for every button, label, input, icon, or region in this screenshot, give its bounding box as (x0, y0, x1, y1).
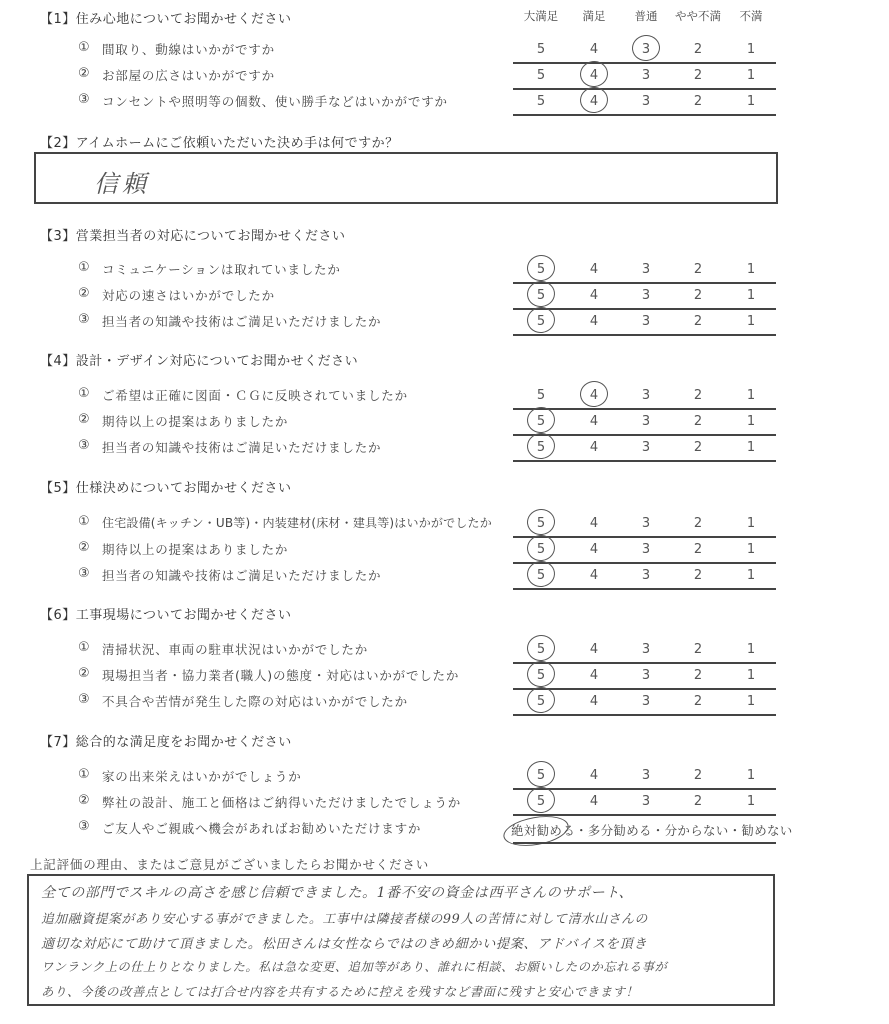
rating-option-4[interactable]: 4 (584, 42, 604, 57)
rating-option-1[interactable]: 1 (741, 414, 761, 429)
rating-option-2[interactable]: 2 (688, 42, 708, 57)
question-text: ご友人やご親戚へ機会があればお勧めいただけますか (102, 819, 421, 837)
rating-option-3[interactable]: 3 (636, 516, 656, 531)
question-text: 担当者の知識や技術はご満足いただけましたか (102, 312, 381, 330)
question-number: ① (78, 40, 90, 55)
rating-option-3[interactable]: 3 (636, 262, 656, 277)
rating-option-5[interactable]: 5 (531, 42, 551, 57)
question-text: コンセントや照明等の個数、使い勝手などはいかがですか (102, 92, 448, 110)
question-text: 対応の速さはいかがでしたか (102, 286, 275, 304)
rating-option-1[interactable]: 1 (741, 642, 761, 657)
rating-option-4[interactable]: 4 (584, 642, 604, 657)
rating-row-4-3[interactable]: 5 4 3 2 1 (513, 436, 776, 462)
rating-option-1[interactable]: 1 (741, 288, 761, 303)
rating-option-5[interactable]: 5 (531, 314, 551, 329)
question-number: ③ (78, 819, 90, 834)
rating-row-6-1[interactable]: 5 4 3 2 1 (513, 638, 776, 664)
rating-option-3[interactable]: 3 (636, 440, 656, 455)
section-title-5: 【5】仕様決めについてお聞かせください (40, 477, 292, 496)
comment-line: 適切な対応にて助けて頂きました。松田さんは女性ならではのきめ細かい提案、アドバイ… (41, 933, 647, 952)
row-underline (513, 460, 776, 462)
question-number: ② (78, 540, 90, 555)
recommend-options-row[interactable]: 絶対勧める・多分勧める・分からない・勧めない (513, 818, 776, 844)
rating-option-2[interactable]: 2 (688, 694, 708, 709)
rating-row-5-2[interactable]: 5 4 3 2 1 (513, 538, 776, 564)
rating-option-2[interactable]: 2 (688, 440, 708, 455)
comment-line: 全ての部門でスキルの高さを感じ信頼できました。1番不安の資金は西平さんのサポート… (41, 882, 633, 902)
rating-option-2[interactable]: 2 (688, 768, 708, 783)
rating-option-3[interactable]: 3 (636, 94, 656, 109)
rating-option-2[interactable]: 2 (688, 314, 708, 329)
question-number: ② (78, 286, 90, 301)
rating-option-3[interactable]: 3 (636, 642, 656, 657)
comment-answer-box[interactable]: 全ての部門でスキルの高さを感じ信頼できました。1番不安の資金は西平さんのサポート… (27, 874, 775, 1006)
question-text: ご希望は正確に図面・ＣＧに反映されていましたか (102, 386, 408, 404)
rating-row-6-3[interactable]: 5 4 3 2 1 (513, 690, 776, 716)
rating-option-1[interactable]: 1 (741, 314, 761, 329)
question-number: ① (78, 386, 90, 401)
rating-row-3-1[interactable]: 5 4 3 2 1 (513, 258, 776, 284)
rating-row-1-1[interactable]: 5 4 3 2 1 (513, 38, 776, 64)
rating-row-3-3[interactable]: 5 4 3 2 1 (513, 310, 776, 336)
question-number: ① (78, 260, 90, 275)
rating-option-4[interactable]: 4 (584, 542, 604, 557)
question-number: ③ (78, 312, 90, 327)
section-title-1: 【1】住み心地についてお聞かせください (40, 8, 292, 27)
comment-line: あり、今後の改善点としては打合せ内容を共有するために控えを残すなど書面に残すと安… (41, 982, 639, 1000)
rating-option-1[interactable]: 1 (741, 42, 761, 57)
scale-label-satisfied: 満足 (564, 8, 624, 24)
question-text: 間取り、動線はいかがですか (102, 40, 275, 58)
rating-option-1[interactable]: 1 (741, 668, 761, 683)
deciding-factor-answer-box[interactable]: 信頼 (34, 152, 778, 204)
rating-option-1[interactable]: 1 (741, 440, 761, 455)
rating-option-2[interactable]: 2 (688, 94, 708, 109)
rating-option-5[interactable]: 5 (531, 94, 551, 109)
rating-option-2[interactable]: 2 (688, 794, 708, 809)
rating-option-5[interactable]: 5 (531, 68, 551, 83)
rating-option-1[interactable]: 1 (741, 516, 761, 531)
question-text: 期待以上の提案はありましたか (102, 540, 288, 558)
question-text: コミュニケーションは取れていましたか (102, 260, 341, 278)
rating-option-3[interactable]: 3 (636, 42, 656, 57)
row-underline (513, 334, 776, 336)
question-number: ③ (78, 692, 90, 707)
rating-option-2[interactable]: 2 (688, 288, 708, 303)
rating-option-1[interactable]: 1 (741, 388, 761, 403)
rating-option-5[interactable]: 5 (531, 516, 551, 531)
section-title-7: 【7】総合的な満足度をお聞かせください (40, 731, 292, 750)
rating-option-5[interactable]: 5 (531, 542, 551, 557)
question-text: 弊社の設計、施工と価格はご納得いただけましたでしょうか (102, 793, 461, 811)
rating-option-5[interactable]: 5 (531, 642, 551, 657)
rating-option-4[interactable]: 4 (584, 262, 604, 277)
rating-row-1-3[interactable]: 5 4 3 2 1 (513, 90, 776, 116)
rating-row-5-3[interactable]: 5 4 3 2 1 (513, 564, 776, 590)
rating-option-2[interactable]: 2 (688, 668, 708, 683)
question-text: 担当者の知識や技術はご満足いただけましたか (102, 438, 381, 456)
rating-option-4[interactable]: 4 (584, 94, 604, 109)
rating-option-4[interactable]: 4 (584, 68, 604, 83)
rating-option-2[interactable]: 2 (688, 388, 708, 403)
rating-option-2[interactable]: 2 (688, 516, 708, 531)
section-title-4: 【4】設計・デザイン対応についてお聞かせください (40, 350, 358, 369)
rating-option-5[interactable]: 5 (531, 288, 551, 303)
rating-option-2[interactable]: 2 (688, 542, 708, 557)
rating-option-2[interactable]: 2 (688, 68, 708, 83)
rating-option-1[interactable]: 1 (741, 68, 761, 83)
rating-option-3[interactable]: 3 (636, 568, 656, 583)
rating-option-4[interactable]: 4 (584, 568, 604, 583)
rating-option-1[interactable]: 1 (741, 694, 761, 709)
rating-option-5[interactable]: 5 (531, 668, 551, 683)
rating-row-7-1[interactable]: 5 4 3 2 1 (513, 764, 776, 790)
question-number: ③ (78, 92, 90, 107)
rating-option-5[interactable]: 5 (531, 794, 551, 809)
comment-prompt: 上記評価の理由、またはご意見がございましたらお聞かせください (30, 855, 429, 873)
comment-line: ワンランク上の仕上りとなりました。私は急な変更、追加等があり、誰れに相談、お願い… (41, 958, 667, 975)
rating-option-2[interactable]: 2 (688, 642, 708, 657)
rating-option-4[interactable]: 4 (584, 516, 604, 531)
rating-option-4[interactable]: 4 (584, 314, 604, 329)
question-text: 担当者の知識や技術はご満足いただけましたか (102, 566, 381, 584)
rating-row-4-2[interactable]: 5 4 3 2 1 (513, 410, 776, 436)
question-text: 期待以上の提案はありましたか (102, 412, 288, 430)
rating-option-3[interactable]: 3 (636, 288, 656, 303)
rating-option-3[interactable]: 3 (636, 388, 656, 403)
section-title-3: 【3】営業担当者の対応についてお聞かせください (40, 225, 346, 244)
rating-option-5[interactable]: 5 (531, 440, 551, 455)
scale-label-neutral: 普通 (616, 8, 676, 24)
question-text: お部屋の広さはいかがですか (102, 66, 275, 84)
row-underline (513, 588, 776, 590)
rating-option-5[interactable]: 5 (531, 388, 551, 403)
rating-option-1[interactable]: 1 (741, 568, 761, 583)
question-text: 不具合や苦情が発生した際の対応はいかがでしたか (102, 692, 408, 710)
rating-option-1[interactable]: 1 (741, 262, 761, 277)
question-text: 清掃状況、車両の駐車状況はいかがでしたか (102, 640, 368, 658)
rating-option-3[interactable]: 3 (636, 668, 656, 683)
rating-option-1[interactable]: 1 (741, 94, 761, 109)
comment-line: 追加融資提案があり安心する事ができました。工事中は隣接者様の99人の苦情に対して… (41, 908, 648, 927)
question-number: ① (78, 640, 90, 655)
question-text: 現場担当者・協力業者(職人)の態度・対応はいかがでしたか (102, 666, 459, 684)
question-number: ③ (78, 566, 90, 581)
rating-row-1-2[interactable]: 5 4 3 2 1 (513, 64, 776, 90)
question-number: ③ (78, 438, 90, 453)
rating-option-5[interactable]: 5 (531, 568, 551, 583)
question-text: 住宅設備(キッチン・UB等)・内装建材(床材・建具等)はいかがでしたか (102, 514, 492, 531)
section-title-6: 【6】工事現場についてお聞かせください (40, 604, 292, 623)
rating-option-4[interactable]: 4 (584, 794, 604, 809)
rating-option-4[interactable]: 4 (584, 668, 604, 683)
question-number: ② (78, 666, 90, 681)
rating-option-1[interactable]: 1 (741, 768, 761, 783)
rating-row-4-1[interactable]: 5 4 3 2 1 (513, 384, 776, 410)
rating-option-3[interactable]: 3 (636, 542, 656, 557)
question-number: ① (78, 514, 90, 529)
rating-option-5[interactable]: 5 (531, 768, 551, 783)
scale-label-very-satisfied: 大満足 (511, 8, 571, 24)
row-underline (513, 842, 776, 844)
rating-option-5[interactable]: 5 (531, 414, 551, 429)
question-text: 家の出来栄えはいかがでしょうか (102, 767, 302, 785)
rating-option-5[interactable]: 5 (531, 694, 551, 709)
rating-row-7-2[interactable]: 5 4 3 2 1 (513, 790, 776, 816)
rating-option-1[interactable]: 1 (741, 794, 761, 809)
scale-label-dissatisfied: 不満 (721, 8, 781, 24)
question-number: ② (78, 66, 90, 81)
rating-row-6-2[interactable]: 5 4 3 2 1 (513, 664, 776, 690)
rating-row-3-2[interactable]: 5 4 3 2 1 (513, 284, 776, 310)
rating-option-2[interactable]: 2 (688, 262, 708, 277)
rating-option-4[interactable]: 4 (584, 288, 604, 303)
section-title-2: 【2】アイムホームにご依頼いただいた決め手は何ですか？ (40, 132, 399, 151)
row-underline (513, 114, 776, 116)
recommend-options[interactable]: 絶対勧める・多分勧める・分からない・勧めない (511, 821, 793, 839)
row-underline (513, 714, 776, 716)
question-number: ② (78, 412, 90, 427)
question-number: ② (78, 793, 90, 808)
rating-option-4[interactable]: 4 (584, 768, 604, 783)
rating-option-4[interactable]: 4 (584, 414, 604, 429)
rating-option-3[interactable]: 3 (636, 694, 656, 709)
rating-option-5[interactable]: 5 (531, 262, 551, 277)
question-number: ① (78, 767, 90, 782)
scale-label-somewhat-dissatisfied: やや不満 (668, 8, 728, 24)
rating-option-4[interactable]: 4 (584, 388, 604, 403)
rating-option-4[interactable]: 4 (584, 440, 604, 455)
deciding-factor-answer: 信頼 (94, 164, 150, 199)
rating-option-1[interactable]: 1 (741, 542, 761, 557)
rating-option-3[interactable]: 3 (636, 314, 656, 329)
rating-option-3[interactable]: 3 (636, 68, 656, 83)
rating-option-2[interactable]: 2 (688, 568, 708, 583)
rating-option-3[interactable]: 3 (636, 414, 656, 429)
rating-option-3[interactable]: 3 (636, 794, 656, 809)
rating-row-5-1[interactable]: 5 4 3 2 1 (513, 512, 776, 538)
rating-option-4[interactable]: 4 (584, 694, 604, 709)
rating-option-2[interactable]: 2 (688, 414, 708, 429)
rating-option-3[interactable]: 3 (636, 768, 656, 783)
